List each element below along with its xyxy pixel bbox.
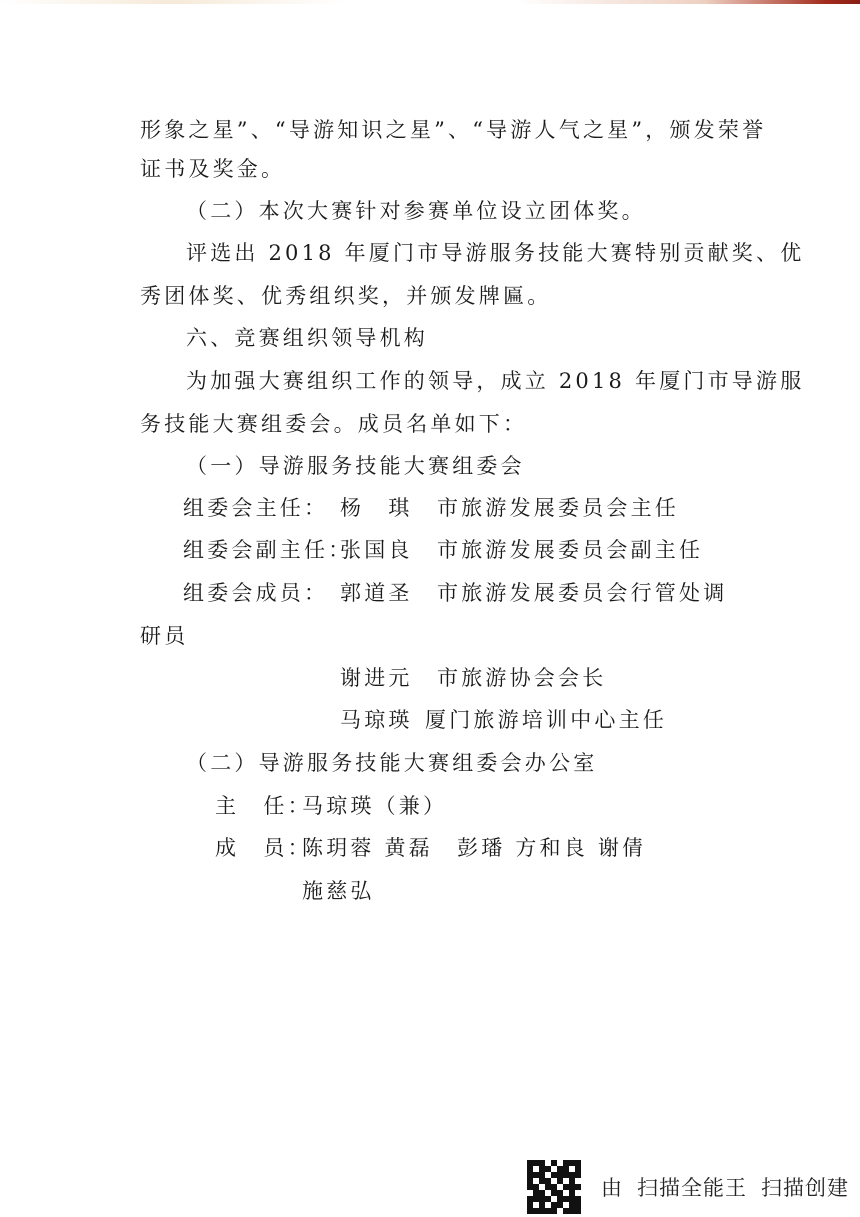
committee-row-member-2: 谢进元 市旅游协会会长 [0,664,860,694]
office-members-wrap: 施慈弘 [302,877,375,905]
paragraph-line-7: 为加强大赛组织工作的领导，成立 2018 年厦门市导游服 [186,367,804,395]
committee-title: 市旅游发展委员会主任 [437,494,679,522]
paragraph-line-2: 证书及奖金。 [140,155,285,183]
subsection-committee: （一）导游服务技能大赛组委会 [186,452,525,480]
committee-title: 厦门旅游培训中心主任 [425,706,667,734]
section-heading-six: 六、竞赛组织领导机构 [186,324,428,352]
watermark-app: 扫描全能王 [637,1176,747,1200]
committee-row-member: 组委会成员： 郭道圣 市旅游发展委员会行管处调 [0,579,860,609]
paragraph-line-5: 秀团体奖、优秀组织奖，并颁发牌匾。 [140,282,551,310]
committee-name: 马琼瑛 [340,706,413,734]
committee-name: 谢进元 [340,664,413,692]
office-members-row: 成 员： 陈玥蓉 黄磊 彭璠 方和良 谢倩 [0,834,860,864]
committee-title: 市旅游发展委员会副主任 [437,536,703,564]
committee-name: 杨 琪 [340,494,413,522]
watermark-action: 扫描创建 [761,1176,849,1200]
committee-name: 张国良 [340,536,413,564]
office-director-label: 主 任： [215,792,312,820]
office-director-row: 主 任： 马琼瑛（兼） [0,792,860,822]
paragraph-line-4: 评选出 2018 年厦门市导游服务技能大赛特别贡献奖、优 [186,239,804,267]
office-members-label: 成 员： [215,834,312,862]
committee-name: 郭道圣 [340,579,413,607]
committee-row-director: 组委会主任： 杨 琪 市旅游发展委员会主任 [0,494,860,524]
paragraph-line-1: 形象之星”、“导游知识之星”、“导游人气之星”，颁发荣誉 [140,116,766,144]
committee-title-wrap: 研员 [140,622,188,650]
committee-role: 组委会主任： [183,494,328,522]
committee-title: 市旅游发展委员会行管处调 [437,579,727,607]
scanner-watermark: 由扫描全能王扫描创建 [527,1160,849,1214]
paragraph-line-8: 务技能大赛组委会。成员名单如下： [140,410,527,438]
subsection-office: （二）导游服务技能大赛组委会办公室 [186,749,597,777]
office-director-value: 马琼瑛（兼） [302,792,447,820]
scan-edge-artifact [0,0,860,4]
watermark-by: 由 [601,1176,623,1200]
committee-title: 市旅游协会会长 [437,664,606,692]
office-members-value: 陈玥蓉 黄磊 彭璠 方和良 谢倩 [302,834,646,862]
section-award-team: （二）本次大赛针对参赛单位设立团体奖。 [186,197,646,225]
watermark-text: 由扫描全能王扫描创建 [601,1172,849,1202]
qr-code-icon [527,1160,581,1214]
committee-row-vice-director: 组委会副主任： 张国良 市旅游发展委员会副主任 [0,536,860,566]
committee-row-member-3: 马琼瑛 厦门旅游培训中心主任 [0,706,860,736]
committee-role: 组委会成员： [183,579,328,607]
committee-role: 组委会副主任： [183,536,352,564]
